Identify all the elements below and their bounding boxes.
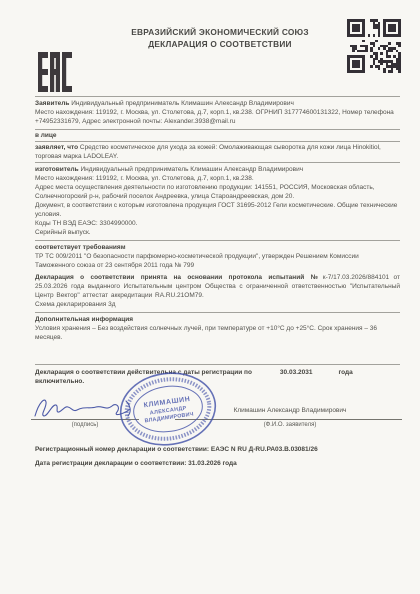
- basis-label: Декларация о соответствии принята на осн…: [35, 274, 319, 281]
- holder-name-caption: (Ф.И.О. заявителя): [185, 421, 395, 430]
- manufacturer-standard: Документ, в соответствии с которым изгот…: [35, 201, 400, 219]
- applicant-label: Заявитель: [35, 100, 69, 107]
- manufacturer-line: изготовитель Индивидуальный предпринимат…: [35, 165, 400, 174]
- registration-date-line: Дата регистрации декларации о соответств…: [35, 459, 400, 468]
- document-body: Заявитель Индивидуальный предприниматель…: [35, 95, 400, 473]
- storage-conditions: Условия хранения – Без воздействия солне…: [35, 324, 400, 342]
- divider: [35, 162, 400, 163]
- validity-line: Декларация о соответствии действительна …: [35, 368, 400, 377]
- manufacturer-address: Место нахождения: 119192, г. Москва, ул.…: [35, 174, 400, 183]
- applicant-name: Индивидуальный предприниматель Климашин …: [71, 100, 294, 107]
- handwritten-signature: [29, 394, 147, 422]
- validity-suffix: включительно.: [35, 377, 400, 386]
- applicant-details: Место нахождения: 119192, г. Москва, ул.…: [35, 108, 400, 126]
- registration-number-value: ЕАЭС N RU Д-RU.РА03.В.03081/26: [211, 446, 318, 453]
- manufacturer-section: изготовитель Индивидуальный предпринимат…: [35, 164, 400, 239]
- registration-number-line: Регистрационный номер декларации о соотв…: [35, 445, 400, 454]
- signature-line: [31, 419, 139, 420]
- compliance-label: соответствует требованиям: [35, 244, 126, 251]
- additional-info-section: Дополнительная информация Условия хранен…: [35, 314, 400, 344]
- title-line-union: ЕВРАЗИЙСКИЙ ЭКОНОМИЧЕСКИЙ СОЮЗ: [95, 26, 345, 38]
- eac-mark-icon: [38, 52, 72, 92]
- registration-date-label: Дата регистрации декларации о соответств…: [35, 460, 186, 467]
- divider: [35, 240, 400, 241]
- technical-regulation: ТР ТС 009/2011 "О безопасности парфюмерн…: [35, 252, 400, 270]
- qr-code: [347, 19, 401, 73]
- registration-date-value: 31.03.2026 года: [188, 460, 237, 467]
- manufacturer-production-address: Адрес места осуществления деятельности п…: [35, 183, 400, 201]
- validity-section: Декларация о соответствии действительна …: [35, 366, 400, 388]
- applicant-section: Заявитель Индивидуальный предприниматель…: [35, 98, 400, 128]
- declaration-scheme: Схема декларирования 3д: [35, 300, 400, 309]
- in-person-label: в лице: [35, 132, 57, 139]
- title-line-declaration: ДЕКЛАРАЦИЯ О СООТВЕТСТВИИ: [95, 38, 345, 50]
- basis-section: Декларация о соответствии принята на осн…: [35, 272, 400, 311]
- holder-name: Климашин Александр Владимирович: [185, 406, 395, 415]
- declaration-document: ЕВРАЗИЙСКИЙ ЭКОНОМИЧЕСКИЙ СОЮЗ ДЕКЛАРАЦИ…: [0, 0, 420, 594]
- basis-paragraph: Декларация о соответствии принята на осн…: [35, 273, 400, 300]
- divider: [35, 141, 400, 142]
- serial-release: Серийный выпуск.: [35, 228, 400, 237]
- validity-date: 30.03.2031: [280, 368, 313, 377]
- signature-block: (подпись) Климашин Александр Владимирови…: [35, 392, 400, 438]
- product-description: Средство косметическое для ухода за коже…: [35, 144, 381, 160]
- divider: [35, 364, 400, 365]
- divider: [35, 312, 400, 313]
- compliance-section: соответствует требованиям ТР ТС 009/2011…: [35, 242, 400, 272]
- manufacturer-name: Индивидуальный предприниматель Климашин …: [80, 166, 303, 173]
- registration-number-label: Регистрационный номер декларации о соотв…: [35, 446, 209, 453]
- validity-suffix-word: года: [338, 368, 352, 377]
- tnved-codes: Коды ТН ВЭД ЕАЭС: 3304990000.: [35, 219, 400, 228]
- holder-name-line: [175, 419, 402, 420]
- declares-label: заявляет, что: [35, 144, 78, 151]
- additional-info-label: Дополнительная информация: [35, 316, 133, 323]
- document-title: ЕВРАЗИЙСКИЙ ЭКОНОМИЧЕСКИЙ СОЮЗ ДЕКЛАРАЦИ…: [95, 26, 345, 50]
- validity-prefix: Декларация о соответствии действительна …: [35, 368, 252, 377]
- divider: [35, 96, 400, 97]
- applicant-line: Заявитель Индивидуальный предприниматель…: [35, 99, 400, 108]
- signature-caption: (подпись): [31, 421, 139, 430]
- declaration-subject: заявляет, что Средство косметическое для…: [35, 143, 400, 161]
- manufacturer-label: изготовитель: [35, 166, 79, 173]
- registration-section: Регистрационный номер декларации о соотв…: [35, 445, 400, 468]
- divider: [35, 129, 400, 130]
